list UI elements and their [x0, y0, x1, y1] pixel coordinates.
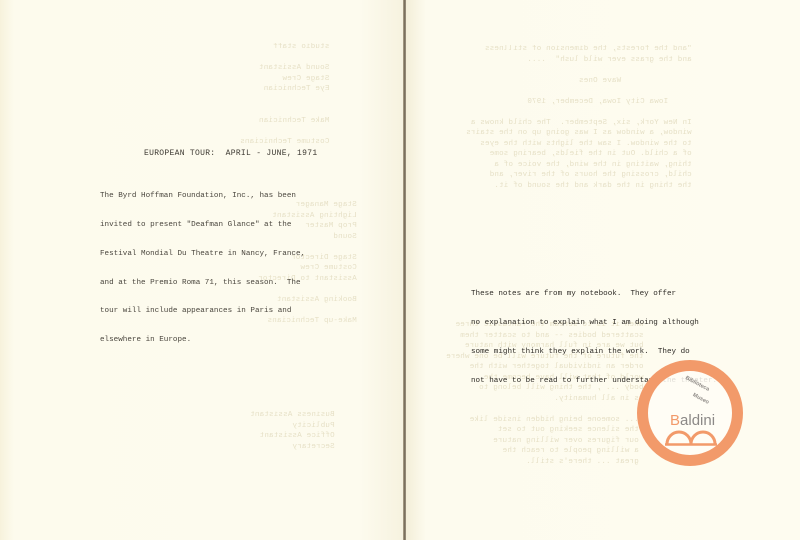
- stamp-name: Baldini: [670, 412, 715, 429]
- bleed-through-text: studio staff Sound Assistant Stage Crew …: [240, 42, 329, 147]
- notes-line: no explanation to explain what I am doin…: [471, 319, 717, 329]
- stamp-top-text: Biblioteca: [684, 375, 710, 393]
- tour-paragraph-line: and at the Premio Roma 71, this season. …: [100, 279, 400, 289]
- tour-paragraph-line: elsewhere in Europe.: [100, 336, 400, 346]
- right-page: "and the forests, the dimension of still…: [406, 0, 800, 540]
- stamp-middle-text: Museo: [692, 392, 710, 405]
- tour-paragraph-line: The Byrd Hoffman Foundation, Inc., has b…: [100, 192, 400, 202]
- stamp-name-rest: aldini: [680, 412, 715, 429]
- library-stamp: Biblioteca Museo Baldini: [637, 360, 743, 466]
- bleed-through-text: "and the forests, the dimension of still…: [466, 44, 692, 191]
- tour-paragraph-line: Festival Mondial Du Theatre in Nancy, Fr…: [100, 250, 400, 260]
- tour-paragraph-line: tour will include appearances in Paris a…: [100, 307, 400, 317]
- tour-paragraph: The Byrd Hoffman Foundation, Inc., has b…: [100, 173, 400, 355]
- tour-heading: EUROPEAN TOUR: APRIL - JUNE, 1971: [144, 149, 317, 158]
- notes-line: some might think they explain the work. …: [471, 348, 717, 358]
- bleed-through-text: Business Assistant Publicity Office Assi…: [250, 410, 335, 452]
- notes-line: These notes are from my notebook. They o…: [471, 290, 717, 300]
- open-book-icon: [664, 428, 718, 446]
- stamp-name-initial: B: [670, 412, 680, 429]
- tour-paragraph-line: invited to present "Deafman Glance" at t…: [100, 221, 400, 231]
